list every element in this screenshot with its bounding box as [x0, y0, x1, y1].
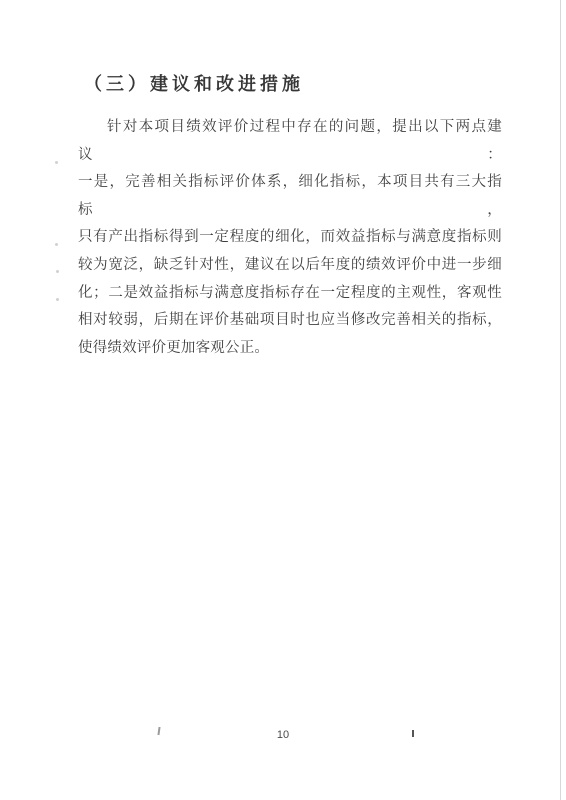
body-paragraph: 针对本项目绩效评价过程中存在的问题，提出以下两点建议：一是，完善相关指标评价体系…	[78, 114, 502, 362]
scan-speck	[55, 243, 58, 246]
paragraph-line: 只有产出指标得到一定程度的细化，而效益指标与满意度指标则	[78, 224, 502, 252]
section-heading: （三）建议和改进措施	[84, 70, 304, 96]
page-number: 10	[0, 729, 566, 741]
scan-speck	[55, 161, 58, 164]
paragraph-line: 使得绩效评价更加客观公正。	[78, 335, 502, 363]
scan-speck	[56, 270, 59, 273]
scan-edge-line	[560, 0, 561, 800]
paragraph-line: 相对较弱，后期在评价基础项目时也应当修改完善相关的指标，	[78, 307, 502, 335]
paragraph-line: 针对本项目绩效评价过程中存在的问题，提出以下两点建议：	[78, 114, 502, 169]
scan-speck	[56, 298, 59, 301]
document-page: （三）建议和改进措施 针对本项目绩效评价过程中存在的问题，提出以下两点建议：一是…	[0, 0, 566, 800]
paragraph-line: 一是，完善相关指标评价体系，细化指标，本项目共有三大指标，	[78, 169, 502, 224]
paragraph-line: 化；二是效益指标与满意度指标存在一定程度的主观性，客观性	[78, 280, 502, 308]
paragraph-line: 较为宽泛，缺乏针对性，建议在以后年度的绩效评价中进一步细	[78, 252, 502, 280]
